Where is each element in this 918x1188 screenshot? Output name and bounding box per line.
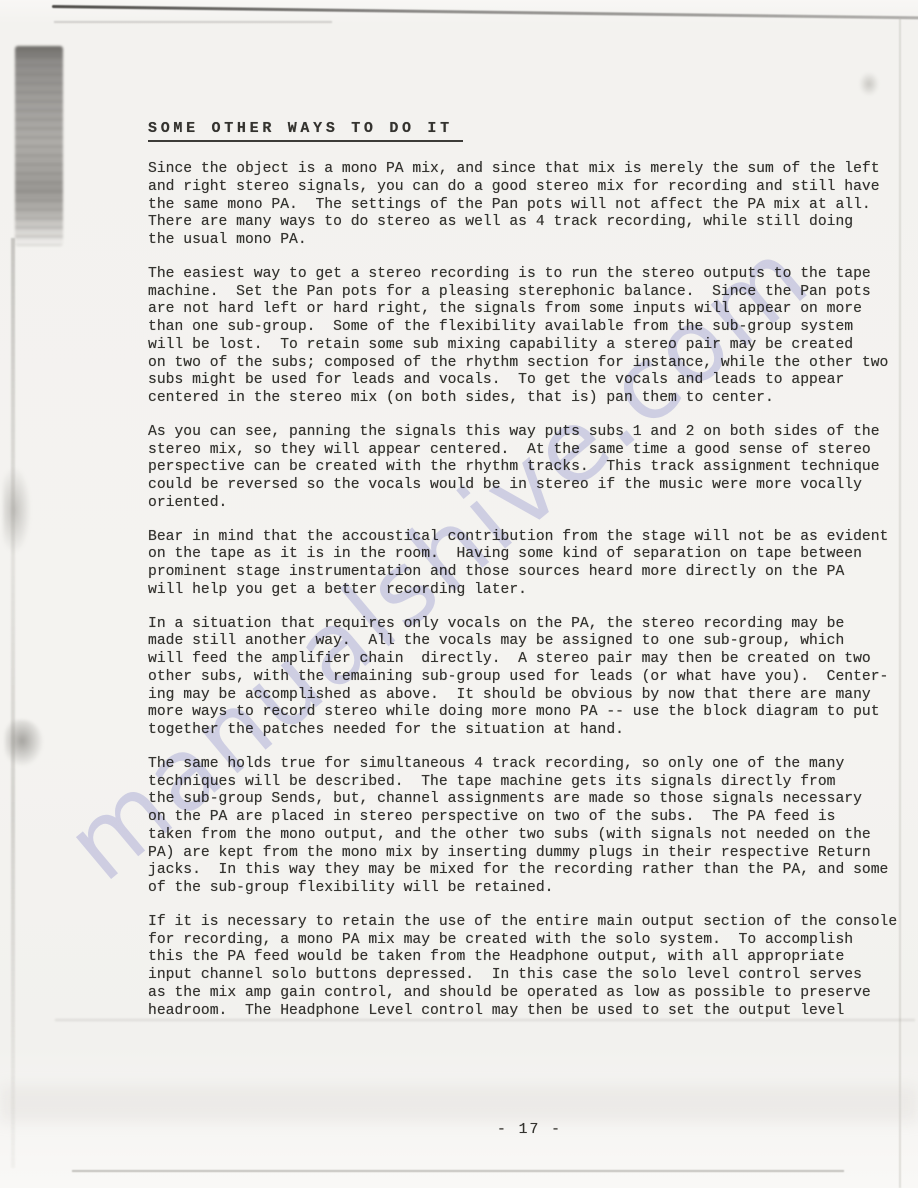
paragraph-4: Bear in mind that the accoustical contri… [148, 529, 910, 600]
page-body: SOME OTHER WAYS TO DO IT Since the objec… [148, 120, 910, 1036]
paragraph-5: In a situation that requires only vocals… [148, 616, 910, 740]
scan-artifact-top-right-smudge [859, 72, 879, 96]
scan-artifact-smudge-1 [3, 466, 31, 554]
scan-artifact-bottom-band [0, 1086, 918, 1122]
scan-artifact-left-binding-smudge [15, 46, 63, 246]
paragraph-6: The same holds true for simultaneous 4 t… [148, 756, 910, 898]
paragraph-7: If it is necessary to retain the use of … [148, 914, 910, 1021]
scan-artifact-bottom-edge-line [72, 1170, 844, 1172]
paragraph-2: The easiest way to get a stereo recordin… [148, 266, 910, 408]
paragraph-3: As you can see, panning the signals this… [148, 424, 910, 513]
section-heading: SOME OTHER WAYS TO DO IT [148, 120, 463, 142]
scan-artifact-left-edge-line [11, 238, 15, 1168]
scan-artifact-top-edge-line [52, 5, 918, 19]
scan-artifact-smudge-2 [5, 720, 43, 766]
paragraph-1: Since the object is a mono PA mix, and s… [148, 161, 910, 250]
scan-artifact-top-edge-line-2 [54, 21, 332, 23]
page-number: - 17 - [497, 1122, 562, 1138]
scanned-page: SOME OTHER WAYS TO DO IT Since the objec… [0, 0, 918, 1188]
